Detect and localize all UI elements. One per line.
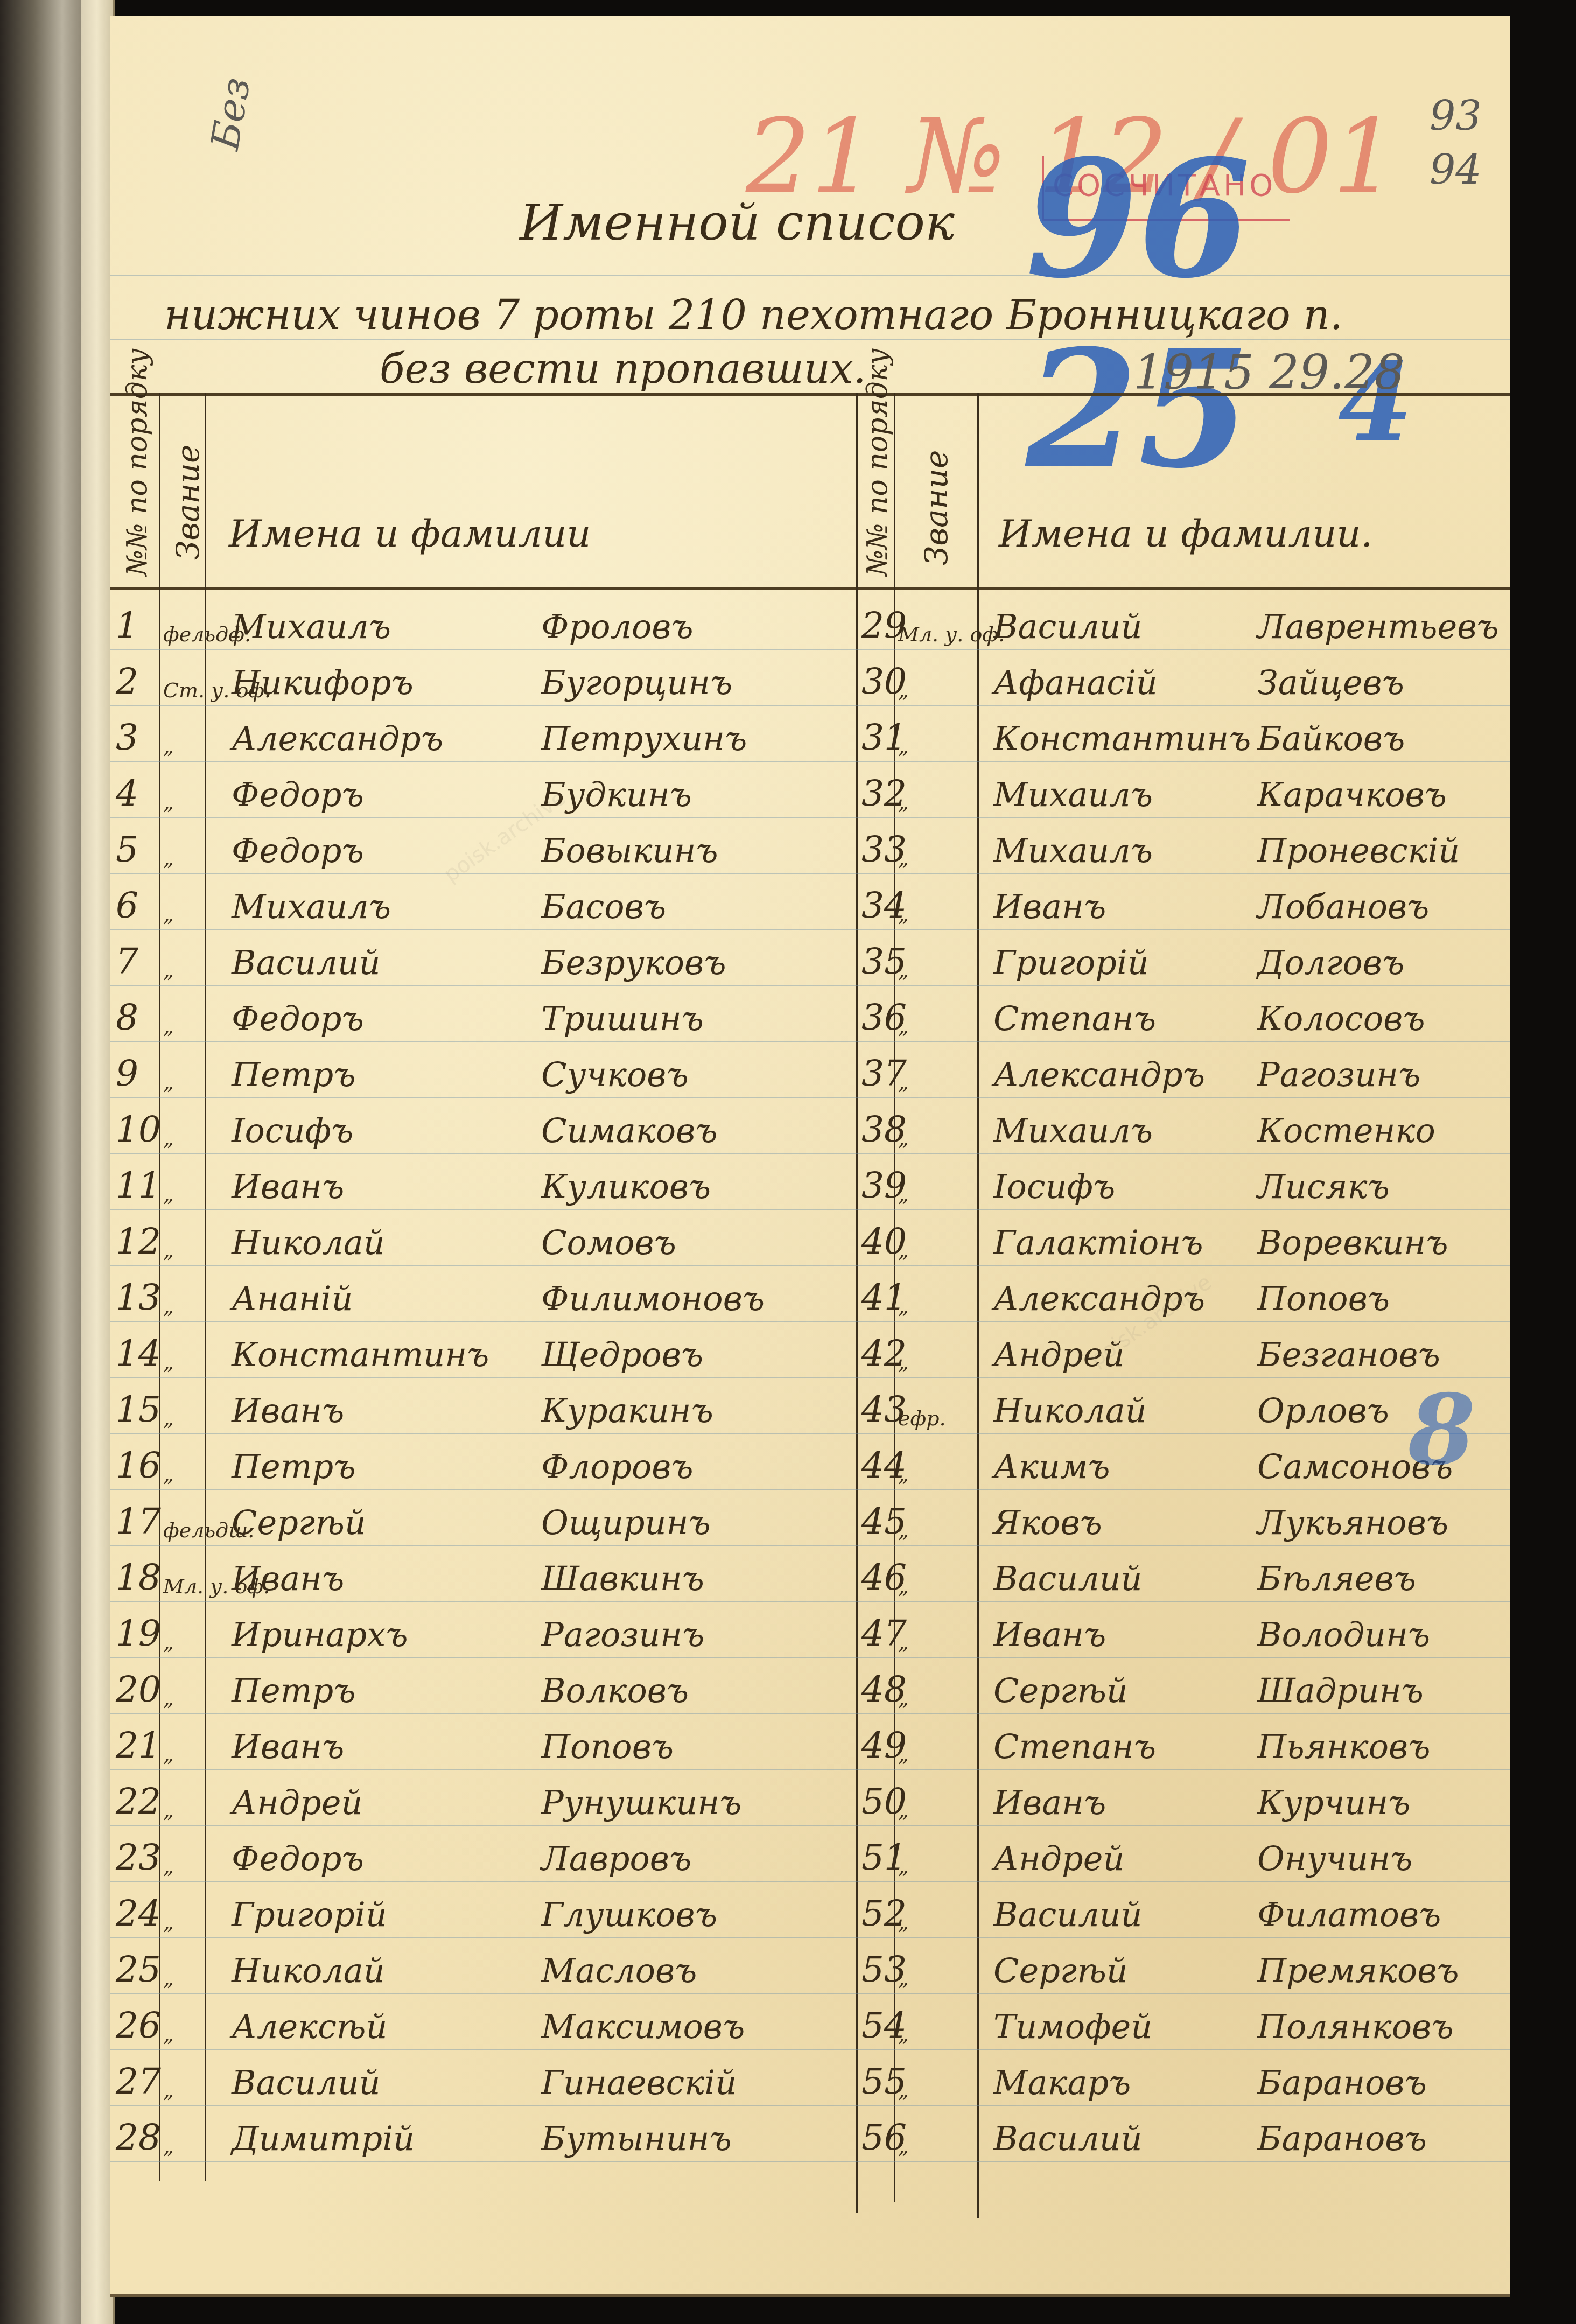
row-last-name: Петрухинъ	[541, 719, 747, 758]
table-row: 16„ПетръФлоровъ44„АкимъСамсоновъ	[110, 1438, 1510, 1494]
row-first-name-right: Андрей	[993, 1839, 1124, 1878]
ruled-line	[110, 2049, 1510, 2050]
table-row: 2Ст. у. оф.НикифоръБугорцинъ30„АфанасійЗ…	[110, 654, 1510, 710]
row-rank-right: „	[898, 958, 909, 982]
row-last-name: Куликовъ	[541, 1167, 711, 1206]
row-rank-right: „	[898, 846, 909, 870]
row-first-name-right: Иванъ	[993, 887, 1106, 926]
row-last-name: Бугорцинъ	[541, 663, 732, 702]
row-number: 4	[116, 773, 138, 814]
row-rank: „	[163, 1686, 174, 1710]
row-first-name-right: Михаилъ	[993, 831, 1153, 870]
row-last-name: Тришинъ	[541, 999, 704, 1038]
ruled-line	[110, 1993, 1510, 1994]
row-last-name: Щедровъ	[541, 1335, 703, 1374]
row-rank: „	[163, 2022, 174, 2046]
row-first-name-right: Сергѣй	[993, 1671, 1128, 1710]
row-first-name: Иванъ	[232, 1391, 344, 1430]
row-rank-right: „	[898, 1126, 909, 1150]
row-first-name: Димитрій	[232, 2119, 415, 2158]
row-first-name: Александръ	[232, 719, 443, 758]
row-first-name-right: Василий	[993, 607, 1143, 646]
ruled-line	[110, 649, 1510, 650]
header-number-right: №№ по порядку	[861, 348, 894, 576]
row-number: 1	[116, 605, 138, 646]
ruled-line	[110, 761, 1510, 762]
row-first-name: Константинъ	[232, 1335, 489, 1374]
table-row: 5„ФедоръБовыкинъ33„МихаилъПроневскій	[110, 822, 1510, 878]
row-rank: „	[163, 1014, 174, 1038]
row-last-name-right: Орловъ	[1257, 1391, 1389, 1430]
row-rank: „	[163, 2134, 174, 2158]
row-rank: „	[163, 846, 174, 870]
row-first-name: Алексѣй	[232, 2007, 388, 2046]
row-rank-right: „	[898, 790, 909, 814]
row-first-name-right: Михаилъ	[993, 1111, 1153, 1150]
row-rank: „	[163, 1070, 174, 1094]
row-rank-right: „	[898, 1462, 909, 1486]
row-number: 27	[116, 2061, 161, 2102]
row-rank: „	[163, 1742, 174, 1766]
row-first-name-right: Акимъ	[993, 1447, 1110, 1486]
row-first-name: Григорій	[232, 1895, 387, 1934]
row-first-name: Федоръ	[232, 999, 364, 1038]
ruled-line	[110, 1601, 1510, 1602]
row-last-name: Фроловъ	[541, 607, 694, 646]
row-rank-right: „	[898, 1294, 909, 1318]
ruled-line	[110, 1209, 1510, 1210]
row-number: 17	[116, 1501, 161, 1542]
blue-mark-row43: 8	[1408, 1373, 1475, 1487]
row-first-name: Иванъ	[232, 1727, 344, 1766]
row-last-name: Максимовъ	[541, 2007, 745, 2046]
row-rank: „	[163, 790, 174, 814]
ruled-line	[110, 1713, 1510, 1714]
row-first-name-right: Николай	[993, 1391, 1147, 1430]
row-rank: „	[163, 902, 174, 926]
row-first-name: Михаилъ	[232, 607, 391, 646]
row-last-name: Волковъ	[541, 1671, 689, 1710]
ruled-line	[110, 1545, 1510, 1546]
row-last-name: Куракинъ	[541, 1391, 713, 1430]
row-last-name: Сучковъ	[541, 1055, 689, 1094]
row-first-name-right: Галактіонъ	[993, 1223, 1203, 1262]
row-last-name-right: Шадринъ	[1257, 1671, 1424, 1710]
pencil-margin-note: Без	[202, 74, 259, 153]
row-first-name-right: Сергѣй	[993, 1951, 1128, 1990]
row-rank-right: „	[898, 1238, 909, 1262]
ruled-line	[110, 1769, 1510, 1770]
row-first-name: Петръ	[232, 1671, 356, 1710]
row-last-name-right: Пьянковъ	[1257, 1727, 1430, 1766]
row-number: 23	[116, 1837, 161, 1878]
table-row: 9„ПетръСучковъ37„АлександръРагозинъ	[110, 1046, 1510, 1102]
row-last-name: Глушковъ	[541, 1895, 717, 1934]
row-last-name-right: Карачковъ	[1257, 775, 1447, 814]
row-rank: „	[163, 2078, 174, 2102]
row-rank-right: „	[898, 1070, 909, 1094]
row-number: 24	[116, 1893, 161, 1934]
row-last-name-right: Безгановъ	[1257, 1335, 1440, 1374]
row-last-name-right: Колосовъ	[1257, 999, 1425, 1038]
row-last-name-right: Байковъ	[1257, 719, 1405, 758]
header-number: №№ по порядку	[121, 348, 153, 576]
row-last-name-right: Курчинъ	[1257, 1783, 1410, 1822]
ruled-line	[110, 1041, 1510, 1042]
row-last-name: Сомовъ	[541, 1223, 676, 1262]
row-rank-right: „	[898, 1742, 909, 1766]
row-last-name-right: Володинъ	[1257, 1615, 1430, 1654]
row-first-name: Михаилъ	[232, 887, 391, 926]
row-rank-right: „	[898, 2022, 909, 2046]
document-title: Именной список	[520, 194, 955, 251]
row-rank-right: „	[898, 734, 909, 758]
row-number: 2	[116, 661, 138, 702]
table-row: 26„АлексѣйМаксимовъ54„ТимофейПолянковъ	[110, 1998, 1510, 2054]
row-number: 6	[116, 885, 138, 926]
row-first-name: Сергѣй	[232, 1503, 366, 1542]
row-last-name-right: Рагозинъ	[1257, 1055, 1420, 1094]
row-first-name: Василий	[232, 943, 381, 982]
row-last-name: Поповъ	[541, 1727, 674, 1766]
row-last-name: Масловъ	[541, 1951, 697, 1990]
row-rank-right: „	[898, 1854, 909, 1878]
row-first-name-right: Іосифъ	[993, 1167, 1115, 1206]
ruled-line	[110, 817, 1510, 818]
row-last-name: Лавровъ	[541, 1839, 691, 1878]
row-rank: „	[163, 1910, 174, 1934]
row-first-name-right: Иванъ	[993, 1783, 1106, 1822]
row-rank: „	[163, 1182, 174, 1206]
ruled-line	[110, 705, 1510, 706]
table-top-border	[110, 393, 1510, 396]
ruled-line	[110, 929, 1510, 930]
row-last-name-right: Онучинъ	[1257, 1839, 1412, 1878]
row-rank: „	[163, 1854, 174, 1878]
document-subtitle-line1: нижних чинов 7 роты 210 пехотнаго Бронни…	[164, 291, 1343, 339]
row-rank: „	[163, 1630, 174, 1654]
row-number: 15	[116, 1389, 161, 1430]
row-rank: „	[163, 1126, 174, 1150]
row-last-name-right: Лаврентьевъ	[1257, 607, 1499, 646]
row-first-name-right: Михаилъ	[993, 775, 1153, 814]
row-last-name-right: Полянковъ	[1257, 2007, 1454, 2046]
row-last-name: Бовыкинъ	[541, 831, 718, 870]
row-first-name: Никифоръ	[232, 663, 414, 702]
row-first-name-right: Афанасій	[993, 663, 1158, 702]
table-row: 23„ФедоръЛавровъ51„АндрейОнучинъ	[110, 1830, 1510, 1886]
row-last-name: Симаковъ	[541, 1111, 718, 1150]
row-first-name-right: Яковъ	[993, 1503, 1102, 1542]
row-rank-right: „	[898, 902, 909, 926]
row-number: 3	[116, 717, 138, 758]
ruled-line	[110, 1265, 1510, 1266]
row-first-name-right: Василий	[993, 2119, 1143, 2158]
row-last-name-right: Костенко	[1257, 1111, 1435, 1150]
row-last-name-right: Барановъ	[1257, 2119, 1427, 2158]
table-row: 18Мл. у. оф.ИванъШавкинъ46„ВасилийБѣляев…	[110, 1550, 1510, 1606]
row-rank-right: „	[898, 1518, 909, 1542]
row-number: 10	[116, 1109, 161, 1150]
row-rank-right: „	[898, 1014, 909, 1038]
ruled-line	[110, 1097, 1510, 1098]
row-first-name: Федоръ	[232, 831, 364, 870]
table-row: 19„ИринархъРагозинъ47„ИванъВолодинъ	[110, 1606, 1510, 1662]
table-row: 14„КонстантинъЩедровъ42„АндрейБезгановъ	[110, 1326, 1510, 1382]
row-first-name: Андрей	[232, 1783, 362, 1822]
table-row: 21„ИванъПоповъ49„СтепанъПьянковъ	[110, 1718, 1510, 1774]
row-rank: „	[163, 1406, 174, 1430]
table-row: 15„ИванъКуракинъ43ефр.НиколайОрловъ	[110, 1382, 1510, 1438]
row-first-name-right: Александръ	[993, 1055, 1205, 1094]
header-names-right: Имена и фамилии.	[999, 512, 1373, 556]
row-last-name: Рунушкинъ	[541, 1783, 741, 1822]
table-row: 7„ВасилийБезруковъ35„ГригорійДолговъ	[110, 934, 1510, 990]
row-number: 22	[116, 1781, 161, 1822]
page-stack-edge	[81, 0, 115, 2324]
row-last-name-right: Проневскій	[1257, 831, 1460, 870]
pencil-date-annotation: 1915 29.28	[1133, 345, 1405, 400]
table-row: 1фельдф.МихаилъФроловъ29Мл. у. оф.Васили…	[110, 598, 1510, 654]
row-first-name: Ананій	[232, 1279, 353, 1318]
row-rank-right: „	[898, 1798, 909, 1822]
row-first-name-right: Григорій	[993, 943, 1149, 982]
row-first-name: Федоръ	[232, 775, 364, 814]
row-number: 14	[116, 1333, 161, 1374]
row-rank-right: ефр.	[898, 1406, 946, 1430]
row-last-name-right: Поповъ	[1257, 1279, 1390, 1318]
row-rank: „	[163, 1798, 174, 1822]
row-last-name-right: Барановъ	[1257, 2063, 1427, 2102]
row-number: 13	[116, 1277, 161, 1318]
table-header-border	[110, 587, 1510, 590]
row-last-name: Филимоновъ	[541, 1279, 765, 1318]
ruled-line	[110, 2105, 1510, 2106]
ruled-line	[110, 1937, 1510, 1938]
row-rank: „	[163, 1238, 174, 1262]
row-first-name-right: Тимофей	[993, 2007, 1152, 2046]
row-first-name-right: Василий	[993, 1895, 1143, 1934]
row-rank-right: „	[898, 1574, 909, 1598]
row-rank: „	[163, 734, 174, 758]
table-row: 6„МихаилъБасовъ34„ИванъЛобановъ	[110, 878, 1510, 934]
row-rank-right: „	[898, 678, 909, 702]
row-last-name: Басовъ	[541, 887, 666, 926]
table-row: 25„НиколайМасловъ53„СергѣйПремяковъ	[110, 1942, 1510, 1998]
row-first-name: Федоръ	[232, 1839, 364, 1878]
row-last-name-right: Бѣляевъ	[1257, 1559, 1416, 1598]
row-number: 18	[116, 1557, 161, 1598]
row-last-name-right: Зайцевъ	[1257, 663, 1404, 702]
table-row: 20„ПетръВолковъ48„СергѣйШадринъ	[110, 1662, 1510, 1718]
row-rank-right: „	[898, 2078, 909, 2102]
row-last-name: Гинаевскій	[541, 2063, 737, 2102]
row-first-name-right: Константинъ	[993, 719, 1251, 758]
table-row: 17фельдш.СергѣйОщиринъ45„ЯковъЛукьяновъ	[110, 1494, 1510, 1550]
ruled-line	[110, 1825, 1510, 1826]
row-rank: „	[163, 1294, 174, 1318]
row-rank-right: „	[898, 1630, 909, 1654]
row-first-name: Іосифъ	[232, 1111, 353, 1150]
ruled-line	[110, 1657, 1510, 1658]
row-first-name-right: Степанъ	[993, 999, 1156, 1038]
document-subtitle-line2: без вести пропавших.	[380, 345, 866, 393]
row-rank-right: „	[898, 2134, 909, 2158]
ruled-line	[110, 1377, 1510, 1378]
table-row: 24„ГригорійГлушковъ52„ВасилийФилатовъ	[110, 1886, 1510, 1942]
table-row: 11„ИванъКуликовъ39„ІосифъЛисякъ	[110, 1158, 1510, 1214]
row-first-name: Иванъ	[232, 1559, 344, 1598]
row-first-name-right: Иванъ	[993, 1615, 1106, 1654]
ruled-line	[110, 1881, 1510, 1882]
row-rank: „	[163, 1966, 174, 1990]
row-last-name-right: Лисякъ	[1257, 1167, 1390, 1206]
row-number: 25	[116, 1949, 161, 1990]
table-row: 22„АндрейРунушкинъ50„ИванъКурчинъ	[110, 1774, 1510, 1830]
row-last-name-right: Премяковъ	[1257, 1951, 1459, 1990]
row-number: 21	[116, 1725, 161, 1766]
row-last-name-right: Долговъ	[1257, 943, 1404, 982]
row-number: 11	[116, 1165, 161, 1206]
folio-number-2: 94	[1430, 145, 1482, 193]
ruled-line	[110, 985, 1510, 986]
row-last-name: Флоровъ	[541, 1447, 694, 1486]
row-last-name-right: Лобановъ	[1257, 887, 1429, 926]
row-first-name: Петръ	[232, 1447, 356, 1486]
row-first-name: Петръ	[232, 1055, 356, 1094]
header-names: Имена и фамилии	[229, 512, 591, 556]
row-number: 12	[116, 1221, 161, 1262]
row-last-name: Рагозинъ	[541, 1615, 704, 1654]
row-last-name: Шавкинъ	[541, 1559, 704, 1598]
row-first-name-right: Степанъ	[993, 1727, 1156, 1766]
row-first-name: Иринархъ	[232, 1615, 408, 1654]
folio-number-1: 93	[1430, 92, 1482, 139]
table-row: 10„ІосифъСимаковъ38„МихаилъКостенко	[110, 1102, 1510, 1158]
table-row: 27„ВасилийГинаевскій55„МакаръБарановъ	[110, 2054, 1510, 2110]
row-last-name-right: Филатовъ	[1257, 1895, 1441, 1934]
row-first-name: Николай	[232, 1951, 385, 1990]
row-last-name-right: Лукьяновъ	[1257, 1503, 1448, 1542]
ruled-line	[110, 2161, 1510, 2162]
row-rank-right: „	[898, 1182, 909, 1206]
row-first-name: Николай	[232, 1223, 385, 1262]
row-rank-right: Мл. у. оф.	[898, 622, 1005, 646]
row-number: 16	[116, 1445, 161, 1486]
row-rank: „	[163, 958, 174, 982]
row-rank-right: „	[898, 1350, 909, 1374]
row-number: 19	[116, 1613, 161, 1654]
row-last-name: Ощиринъ	[541, 1503, 711, 1542]
row-first-name: Иванъ	[232, 1167, 344, 1206]
table-row: 13„АнанійФилимоновъ41„АлександръПоповъ	[110, 1270, 1510, 1326]
ruled-line	[110, 1489, 1510, 1490]
ruled-line	[110, 1433, 1510, 1434]
row-number: 5	[116, 829, 138, 870]
row-first-name-right: Василий	[993, 1559, 1143, 1598]
row-rank: „	[163, 1462, 174, 1486]
document-page: Без 21 № 12 / 01 СОСЧИТАНО 96 25 4 93 94…	[110, 16, 1510, 2297]
row-first-name-right: Макаръ	[993, 2063, 1131, 2102]
header-rank-right: Звание	[918, 450, 955, 565]
ruled-line	[110, 1321, 1510, 1322]
row-first-name: Василий	[232, 2063, 381, 2102]
table-row: 4„ФедоръБудкинъ32„МихаилъКарачковъ	[110, 766, 1510, 822]
row-rank-right: „	[898, 1910, 909, 1934]
header-rank: Звание	[170, 445, 206, 560]
row-rank-right: „	[898, 1966, 909, 1990]
table-row: 28„ДимитрійБутынинъ56„ВасилийБарановъ	[110, 2110, 1510, 2166]
row-last-name: Безруковъ	[541, 943, 726, 982]
row-number: 26	[116, 2005, 161, 2046]
table-row: 8„ФедоръТришинъ36„СтепанъКолосовъ	[110, 990, 1510, 1046]
row-number: 7	[116, 941, 138, 982]
row-number: 8	[116, 997, 138, 1038]
row-last-name: Бутынинъ	[541, 2119, 732, 2158]
ruled-line	[110, 873, 1510, 874]
table-row: 3„АлександръПетрухинъ31„КонстантинъБайко…	[110, 710, 1510, 766]
row-rank-right: „	[898, 1686, 909, 1710]
row-number: 28	[116, 2117, 161, 2158]
ruled-line	[110, 1153, 1510, 1154]
row-rank: „	[163, 1350, 174, 1374]
row-last-name-right: Воревкинъ	[1257, 1223, 1448, 1262]
table-row: 12„НиколайСомовъ40„ГалактіонъВоревкинъ	[110, 1214, 1510, 1270]
row-number: 20	[116, 1669, 161, 1710]
row-number: 9	[116, 1053, 138, 1094]
